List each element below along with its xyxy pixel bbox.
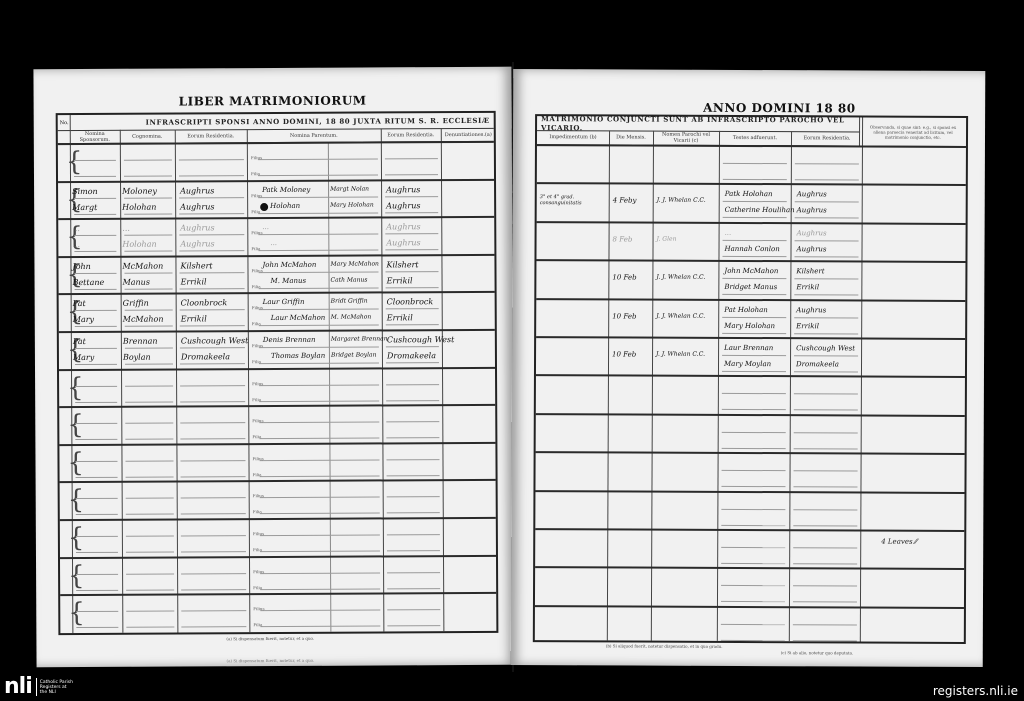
officiating-priest: J. J. Whelan C.C. xyxy=(656,351,705,358)
right-register-row: 10 FebJ. J. Whelan C.C.Pat HolohanAughru… xyxy=(536,298,965,340)
entry-line xyxy=(180,460,245,461)
witness-1-residence: Aughrus xyxy=(797,191,827,199)
entry-line xyxy=(259,287,379,289)
right-register-row xyxy=(535,566,964,608)
groom-surname: McMahon xyxy=(122,261,163,270)
entry-line xyxy=(722,470,786,471)
entry-line xyxy=(75,423,117,424)
groom-residence: Cushcough West xyxy=(181,336,248,345)
entry-line xyxy=(721,524,785,525)
groom-name: Pat xyxy=(73,299,86,308)
bride-parents-residence: Aughrus xyxy=(386,238,420,247)
groom-surname: Griffin xyxy=(123,299,149,308)
entry-line xyxy=(259,438,379,440)
brace-icon: { xyxy=(67,375,84,401)
filia-label: Filia xyxy=(253,509,262,514)
entry-line xyxy=(126,589,174,590)
groom-residence: Aughrus xyxy=(180,223,214,232)
left-page: LIBER MATRIMONIORUM INFRASCRIPTI SPONSI … xyxy=(33,67,514,667)
entry-line xyxy=(126,611,174,612)
entry-line xyxy=(386,459,439,460)
groom-father: Laur Griffin xyxy=(263,298,305,306)
entry-line xyxy=(76,611,118,612)
col-header-parent-residentia: Eorum Residentia. xyxy=(381,128,441,141)
entry-line xyxy=(258,158,378,160)
left-footnote-bleed: (a) Si dispensatum fuerit, notetur, et a… xyxy=(227,658,315,663)
entry-line xyxy=(125,272,173,273)
entry-line xyxy=(723,240,787,241)
entry-line xyxy=(180,326,245,327)
entry-line xyxy=(386,437,439,438)
entry-line xyxy=(75,439,117,440)
entry-line xyxy=(126,514,174,515)
entry-line xyxy=(722,332,786,333)
entry-line xyxy=(126,627,174,628)
entry-line xyxy=(722,278,786,279)
entry-line xyxy=(386,325,439,326)
filia-label: Filia xyxy=(252,397,261,402)
logo-separator xyxy=(36,678,37,696)
left-register-row: {FiliusFiliaJohnMcMahonKilshertJohn McMa… xyxy=(58,254,494,296)
entry-line xyxy=(722,432,786,433)
col-header-testes-residentia: Eorum Residentia. xyxy=(791,131,863,145)
entry-line xyxy=(385,249,438,250)
entry-line xyxy=(793,624,857,625)
entry-line xyxy=(387,475,440,476)
entry-line xyxy=(124,160,172,161)
brace-icon: { xyxy=(67,450,84,476)
left-super-header-text: INFRASCRIPTI SPONSI ANNO DOMINI, 18 80 J… xyxy=(146,116,490,127)
entry-line xyxy=(793,563,857,564)
entry-line xyxy=(723,217,787,218)
witness-1: Patk Holohan xyxy=(725,190,773,198)
entry-line xyxy=(74,176,116,177)
left-register-row: {FiliusFilia xyxy=(59,442,495,484)
right-register-row xyxy=(535,490,964,532)
right-footnote-b: (b) Si aliquod fuerit, notetur dispensat… xyxy=(606,643,723,649)
entry-line xyxy=(76,552,118,553)
groom-father: John McMahon xyxy=(262,261,316,269)
groom-surname: Moloney xyxy=(122,186,157,195)
entry-line xyxy=(180,438,245,439)
left-register-row: {FiliusFilia......Aughrus...Aughrus...Ho… xyxy=(58,216,494,258)
entry-line xyxy=(793,586,857,587)
groom-name: John xyxy=(72,262,90,271)
bride-name: Bettane xyxy=(73,278,105,287)
witness-1: Pat Holohan xyxy=(724,305,768,313)
entry-line xyxy=(75,326,117,327)
entry-line xyxy=(124,235,172,236)
groom-parents-residence: Aughrus xyxy=(386,185,420,194)
entry-line xyxy=(795,179,859,180)
filia-label: Filia xyxy=(251,171,260,176)
entry-line xyxy=(721,601,785,602)
entry-line xyxy=(795,202,859,203)
entry-line xyxy=(125,310,173,311)
marriage-date: 4 Feby xyxy=(613,197,637,205)
entry-line xyxy=(125,348,173,349)
brace-icon: { xyxy=(68,563,85,589)
right-register-row xyxy=(536,413,965,455)
right-register-row xyxy=(535,528,964,570)
filius-label: Filius xyxy=(252,418,263,423)
col-header-impedimentum: Impedimentum (b) xyxy=(537,130,609,144)
entry-line xyxy=(125,326,173,327)
impediment: 3° et 4° grad. consanguinitatis xyxy=(540,194,606,206)
entry-line xyxy=(260,626,380,628)
col-header-die-mensis: Die Mensis. xyxy=(609,130,653,144)
entry-line xyxy=(181,610,246,611)
bride-surname: Boylan xyxy=(123,353,151,362)
left-register-row: {FiliusFilia xyxy=(59,404,495,446)
groom-surname: Brennan xyxy=(123,337,158,346)
groom-father: ... xyxy=(262,223,269,231)
entry-line xyxy=(722,256,786,257)
bride-father: M. Manus xyxy=(271,277,307,285)
entry-line xyxy=(259,362,379,364)
witness-2-residence: Errikil xyxy=(796,283,819,291)
entry-line xyxy=(179,175,244,176)
entry-line xyxy=(387,513,440,514)
entry-line xyxy=(75,348,117,349)
filius-label: Filius xyxy=(251,268,262,273)
left-register-row: {FiliusFilia xyxy=(60,592,496,634)
right-register-row: 3° et 4° grad. consanguinitatis4 FebyJ. … xyxy=(537,182,966,224)
bride-residence: Errikil xyxy=(181,315,207,324)
filius-label: Filius xyxy=(253,493,264,498)
col-header-nomina-sponsorum: Nomina Sponsorum. xyxy=(70,130,120,143)
witness-2: Bridget Manus xyxy=(724,283,777,291)
entry-line xyxy=(259,400,379,402)
filius-label: Filius xyxy=(251,155,262,160)
entry-line xyxy=(793,509,857,510)
entry-line xyxy=(124,176,172,177)
bride-father: ... xyxy=(270,239,277,247)
entry-line xyxy=(181,573,246,574)
filia-label: Filia xyxy=(252,284,261,289)
entry-line xyxy=(76,573,118,574)
entry-line xyxy=(721,624,785,625)
entry-line xyxy=(259,422,379,424)
entry-line xyxy=(386,400,439,401)
left-register-row: {FiliusFilia xyxy=(60,517,496,559)
witness-1-residence: Aughrus xyxy=(797,229,827,237)
witness-1-residence: Cushcough West xyxy=(796,344,855,352)
filius-label: Filius xyxy=(251,230,262,235)
site-url-link[interactable]: registers.nli.ie xyxy=(933,684,1018,698)
entry-line xyxy=(385,271,438,272)
groom-father: Patk Moloney xyxy=(262,185,310,193)
groom-residence: Cloonbrock xyxy=(181,299,228,308)
entry-line xyxy=(387,550,440,551)
entry-line xyxy=(126,552,174,553)
entry-line xyxy=(722,294,786,295)
filia-label: Filia xyxy=(252,434,261,439)
entry-line xyxy=(793,486,857,487)
entry-line xyxy=(74,160,116,161)
entry-line xyxy=(75,310,117,311)
no-column-label: No. xyxy=(60,120,69,126)
logo-text-line: the NLI xyxy=(40,690,73,695)
entry-line xyxy=(793,547,857,548)
brace-icon: { xyxy=(68,525,85,551)
entry-line xyxy=(794,317,858,318)
witness-2: Mary Holohan xyxy=(724,321,775,329)
groom-residence: Aughrus xyxy=(180,186,214,195)
entry-line xyxy=(181,551,246,552)
brace-icon: { xyxy=(67,412,84,438)
bride-surname: McMahon xyxy=(123,315,164,324)
entry-line xyxy=(385,196,438,197)
entry-line xyxy=(794,394,858,395)
witness-2-residence: Dromakeela xyxy=(796,360,839,368)
entry-line xyxy=(179,159,244,160)
entry-line xyxy=(721,547,785,548)
marriage-date: 8 Feb xyxy=(613,235,633,243)
witness-1-residence: Kilshert xyxy=(796,267,824,275)
bride-parents-residence: Dromakeela xyxy=(387,351,436,360)
bride-mother: Bridget Boylan xyxy=(331,351,377,358)
col-header-eorum-residentia: Eorum Residentia. xyxy=(175,129,247,142)
col-header-nomen-parochi: Nomen Parochi vel Vicarii (c) xyxy=(653,131,719,145)
entry-line xyxy=(76,498,118,499)
witness-1-residence: Aughrus xyxy=(796,306,826,314)
entry-line xyxy=(793,602,857,603)
bride-parents-residence: Errikil xyxy=(387,314,413,323)
nli-logo[interactable]: nli Catholic Parish Registers at the NLI xyxy=(4,677,73,697)
bride-residence: Errikil xyxy=(181,277,207,286)
entry-line xyxy=(181,535,246,536)
entry-line xyxy=(386,421,439,422)
filia-label: Filia xyxy=(253,472,262,477)
bride-name: Mary xyxy=(73,353,94,362)
bride-residence: Dromakeela xyxy=(181,352,230,361)
entry-line xyxy=(74,235,116,236)
entry-line xyxy=(180,422,245,423)
witness-2-residence: Aughrus xyxy=(797,207,827,215)
nli-logo-text: Catholic Parish Registers at the NLI xyxy=(40,680,73,695)
entry-line xyxy=(721,585,785,586)
bride-father: Holohan xyxy=(270,201,300,209)
right-register-row xyxy=(535,605,964,647)
bride-parents-residence: Aughrus xyxy=(386,201,420,210)
groom-mother: Margaret Brennan xyxy=(331,335,388,342)
bride-name: ... xyxy=(72,240,80,249)
filius-label: Filius xyxy=(251,193,262,198)
witness-1: John McMahon xyxy=(724,267,778,275)
entry-line xyxy=(793,525,857,526)
filia-label: Filia xyxy=(251,209,260,214)
entry-line xyxy=(126,498,174,499)
officiating-priest: J. J. Whelan C.C. xyxy=(656,312,705,319)
brace-icon: { xyxy=(68,600,85,626)
entry-line xyxy=(387,588,440,589)
entry-line xyxy=(723,179,787,180)
entry-line xyxy=(259,384,379,386)
observanda-header: Observanda, si quae sint: e.g., si spons… xyxy=(859,117,966,146)
marriage-register-table-right: MATRIMONIO CONJUNCTI SUNT AB INFRASCRIPT… xyxy=(533,114,968,644)
groom-parents-residence: Kilshert xyxy=(386,260,418,269)
entry-line xyxy=(125,423,173,424)
witness-2: Mary Moylan xyxy=(724,360,771,368)
bride-surname: Manus xyxy=(123,277,150,286)
witness-2: Catherine Houlihan xyxy=(725,206,795,214)
entry-line xyxy=(179,197,244,198)
filia-label: Filia xyxy=(251,246,260,251)
entry-line xyxy=(258,234,378,236)
left-footnote: (a) Si dispensatum fuerit, notetur, et a… xyxy=(226,636,314,641)
bride-residence: Aughrus xyxy=(180,202,214,211)
right-register-row xyxy=(537,144,966,186)
filius-label: Filius xyxy=(253,531,264,536)
entry-line xyxy=(795,163,859,164)
entry-line xyxy=(794,470,858,471)
bride-parents-residence: Errikil xyxy=(387,276,413,285)
entry-line xyxy=(721,563,785,564)
entry-line xyxy=(722,393,786,394)
margin-note: 4 Leaves ⁄⁄ xyxy=(881,538,917,546)
right-page-title: ANNO DOMINI 18 80 xyxy=(703,101,856,116)
groom-mother: Mary McMahon xyxy=(330,260,378,267)
brace-icon: { xyxy=(68,487,85,513)
filia-label: Filia xyxy=(252,321,261,326)
witness-2-residence: Errikil xyxy=(796,322,819,330)
left-register-row: {FiliusFiliaSimonMoloneyAughrusPatk Molo… xyxy=(58,178,494,220)
logo-text-line: Catholic Parish xyxy=(40,680,73,685)
bride-name: Mary xyxy=(73,315,94,324)
entry-line xyxy=(723,163,787,164)
groom-name: Pat xyxy=(73,337,86,346)
entry-line xyxy=(76,514,118,515)
left-page-title: LIBER MATRIMONIORUM xyxy=(34,93,512,110)
entry-line xyxy=(75,289,117,290)
observanda-text: Observanda, si quae sint: e.g., si spons… xyxy=(860,124,966,139)
entry-line xyxy=(794,410,858,411)
entry-line xyxy=(125,364,173,365)
col-header-testes: Testes adfuerunt. xyxy=(719,131,791,145)
entry-line xyxy=(794,355,858,356)
entry-line xyxy=(76,477,118,478)
entry-line xyxy=(125,385,173,386)
col-header-nomina-parentum: Nomina Parentum. xyxy=(247,128,381,142)
entry-line xyxy=(258,250,378,252)
entry-line xyxy=(75,273,117,274)
entry-line xyxy=(259,325,379,327)
bride-surname: Holohan xyxy=(122,202,156,211)
entry-line xyxy=(794,448,858,449)
entry-line xyxy=(76,536,118,537)
groom-parents-residence: Cloonbrock xyxy=(387,298,434,307)
witness-2-residence: Aughrus xyxy=(797,245,827,253)
entry-line xyxy=(180,385,245,386)
entry-line xyxy=(126,476,174,477)
bride-surname: Holohan xyxy=(122,240,156,249)
entry-line xyxy=(126,536,174,537)
entry-line xyxy=(721,508,785,509)
groom-mother: Margt Nolan xyxy=(330,185,369,192)
witness-2: Hannah Conlon xyxy=(725,245,780,253)
entry-line xyxy=(259,309,379,311)
bride-name: Margt xyxy=(72,203,97,212)
entry-line xyxy=(260,534,380,536)
entry-line xyxy=(794,256,858,257)
ink-blot xyxy=(260,203,268,211)
entry-line xyxy=(722,409,786,410)
entry-line xyxy=(181,498,246,499)
entry-line xyxy=(180,310,245,311)
marriage-date: 10 Feb xyxy=(612,350,636,358)
entry-line xyxy=(386,362,439,363)
entry-line xyxy=(74,251,116,252)
entry-line xyxy=(794,371,858,372)
entry-line xyxy=(260,572,380,574)
left-register-row: {FiliusFilia xyxy=(58,141,494,183)
entry-line xyxy=(723,201,787,202)
entry-line xyxy=(259,271,379,273)
entry-line xyxy=(259,459,379,461)
right-register-row: 10 FebJ. J. Whelan C.C.John McMahonKilsh… xyxy=(536,259,965,301)
nli-logo-mark: nli xyxy=(4,677,32,697)
filius-label: Filius xyxy=(252,381,263,386)
entry-line xyxy=(795,218,859,219)
entry-line xyxy=(722,448,786,449)
entry-line xyxy=(386,346,439,347)
groom-name: Simon xyxy=(72,187,98,196)
filia-label: Filia xyxy=(253,622,262,627)
entry-line xyxy=(260,550,380,552)
entry-line xyxy=(258,174,378,176)
marriage-register-table-left: INFRASCRIPTI SPONSI ANNO DOMINI, 18 80 J… xyxy=(56,111,499,635)
bride-father: Thomas Boylan xyxy=(271,352,325,360)
groom-name: ... xyxy=(72,224,80,233)
entry-line xyxy=(385,212,438,213)
entry-line xyxy=(721,486,785,487)
entry-line xyxy=(181,514,246,515)
entry-line xyxy=(387,572,440,573)
left-register-row: {FiliusFiliaPatBrennanCushcough WestDeni… xyxy=(59,329,495,371)
entry-line xyxy=(76,589,118,590)
entry-line xyxy=(385,174,438,175)
entry-line xyxy=(794,432,858,433)
col-header-cognomina: Cognomina. xyxy=(120,130,175,143)
entry-line xyxy=(260,610,380,612)
filia-label: Filia xyxy=(253,585,262,590)
entry-line xyxy=(124,213,172,214)
bride-father: Laur McMahon xyxy=(271,314,326,322)
entry-line xyxy=(74,213,116,214)
entry-line xyxy=(74,197,116,198)
entry-line xyxy=(75,385,117,386)
filia-label: Filia xyxy=(252,359,261,364)
entry-line xyxy=(260,475,380,477)
entry-line xyxy=(179,250,244,251)
entry-line xyxy=(125,401,173,402)
entry-line xyxy=(385,158,438,159)
entry-line xyxy=(721,640,785,641)
marriage-date: 10 Feb xyxy=(612,274,636,282)
entry-line xyxy=(258,212,378,214)
entry-line xyxy=(260,497,380,499)
filius-label: Filius xyxy=(252,456,263,461)
officiating-priest: J. J. Whelan C.C. xyxy=(656,274,705,281)
officiating-priest: J. Glen xyxy=(657,235,677,242)
entry-line xyxy=(722,355,786,356)
bride-residence: Aughrus xyxy=(180,239,214,248)
entry-line xyxy=(260,513,380,515)
entry-line xyxy=(386,287,439,288)
brace-icon: { xyxy=(66,149,83,175)
filia-label: Filia xyxy=(253,547,262,552)
